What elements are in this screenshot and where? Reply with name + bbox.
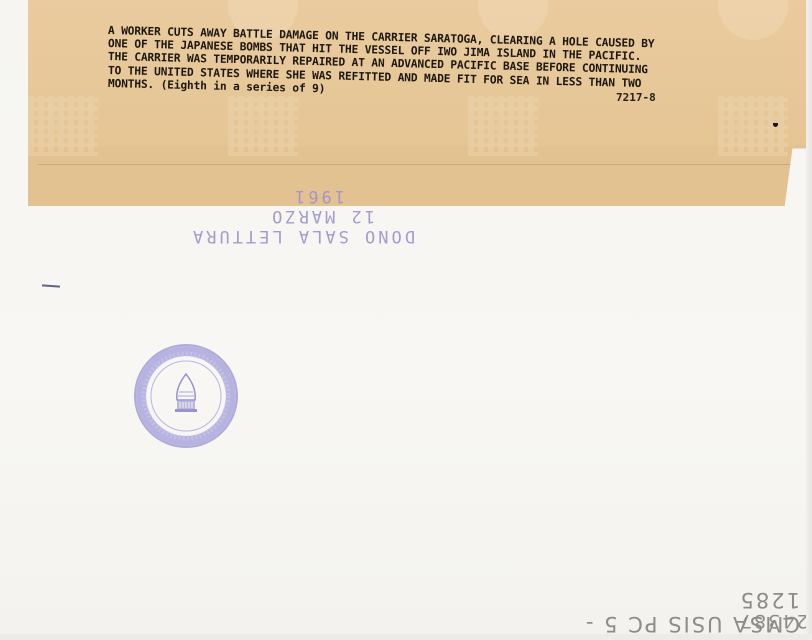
pen-mark: [42, 284, 60, 287]
photo-reverse-page: A WORKER CUTS AWAY BATTLE DAMAGE ON THE …: [0, 0, 812, 640]
watermark-castle-icon: [28, 96, 98, 156]
reference-number: 7217-8: [616, 91, 656, 104]
dome-emblem-icon: [174, 372, 198, 416]
scan-bottom-edge: [0, 634, 812, 640]
watermark-castle-icon: [468, 96, 538, 156]
stamp-line-date: 12 MARZO: [95, 206, 415, 226]
watermark-castle-icon: [228, 96, 298, 156]
pencil-inventory-number: 924387: [738, 610, 812, 632]
caption-text: A WORKER CUTS AWAY BATTLE DAMAGE ON THE …: [108, 24, 788, 90]
donation-stamp: DONO SALA LETTURA 12 MARZO 1961: [95, 186, 415, 246]
library-seal-stamp: [134, 344, 238, 448]
stamp-line-year: 1961: [95, 186, 415, 206]
caption-label: A WORKER CUTS AWAY BATTLE DAMAGE ON THE …: [28, 0, 808, 206]
stamp-line-donor: DONO SALA LETTURA: [95, 226, 415, 246]
paper-tear-line: [38, 164, 798, 165]
scan-right-edge: [806, 0, 812, 640]
